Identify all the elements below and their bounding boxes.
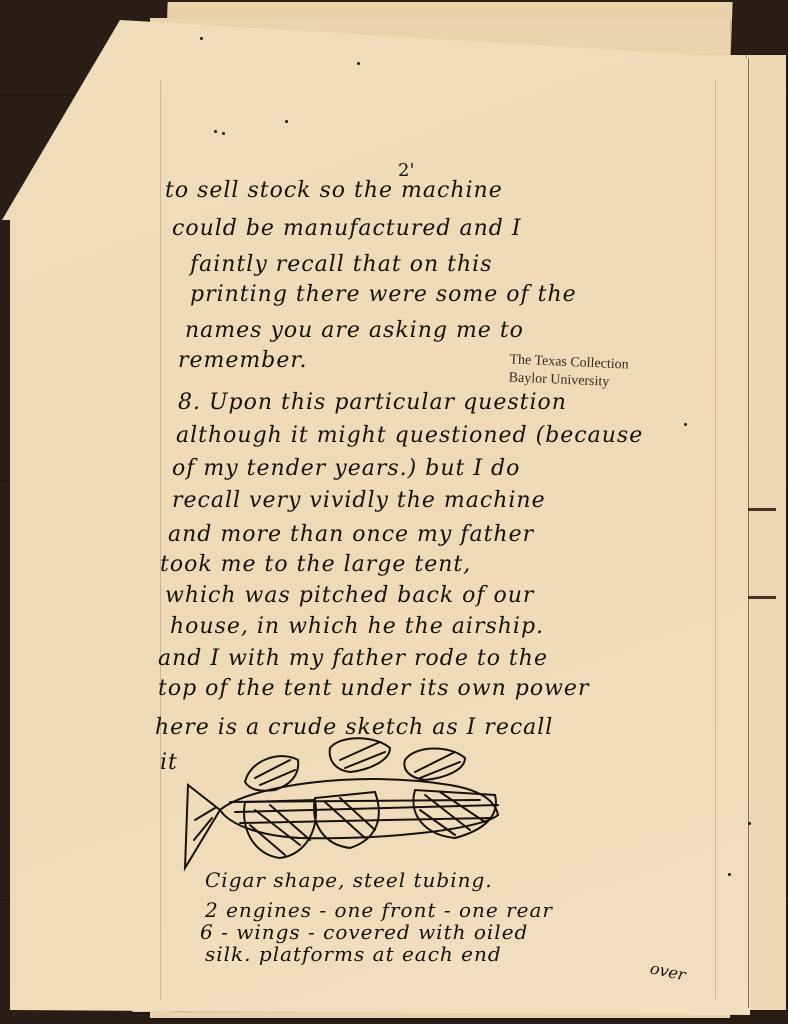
note-line: silk. platforms at each end [205, 942, 502, 966]
tab-notch-lower [748, 596, 776, 599]
text-line: printing there were some of the [190, 282, 577, 307]
text-line: and I with my father rode to the [158, 646, 548, 671]
text-line: took me to the large tent, [160, 552, 471, 577]
text-line: to sell stock so the machine [165, 178, 503, 203]
airship-sketch-icon [180, 730, 520, 880]
text-line: of my tender years.) but I do [172, 456, 520, 481]
text-line: although it might questioned (because [176, 423, 643, 448]
text-line: 8. Upon this particular question [178, 390, 567, 415]
text-line: recall very vividly the machine [172, 488, 546, 513]
page-edge [748, 58, 749, 1008]
text-line: house, in which he the airship. [170, 614, 544, 639]
text-line: could be manufactured and I [172, 216, 522, 241]
tab-notch-upper [748, 508, 776, 511]
note-line: Cigar shape, steel tubing. [205, 868, 493, 892]
text-line: remember. [178, 348, 307, 373]
text-line: and more than once my father [168, 522, 534, 547]
note-line: 2 engines - one front - one rear [205, 898, 553, 922]
archive-stamp: The Texas Collection Baylor University [508, 351, 629, 392]
text-line: top of the tent under its own power [158, 676, 589, 701]
note-line: 6 - wings - covered with oiled [200, 920, 528, 944]
text-line: names you are asking me to [185, 318, 524, 343]
text-line: faintly recall that on this [190, 252, 493, 277]
text-line: it [160, 750, 178, 775]
text-line: which was pitched back of our [165, 583, 534, 608]
